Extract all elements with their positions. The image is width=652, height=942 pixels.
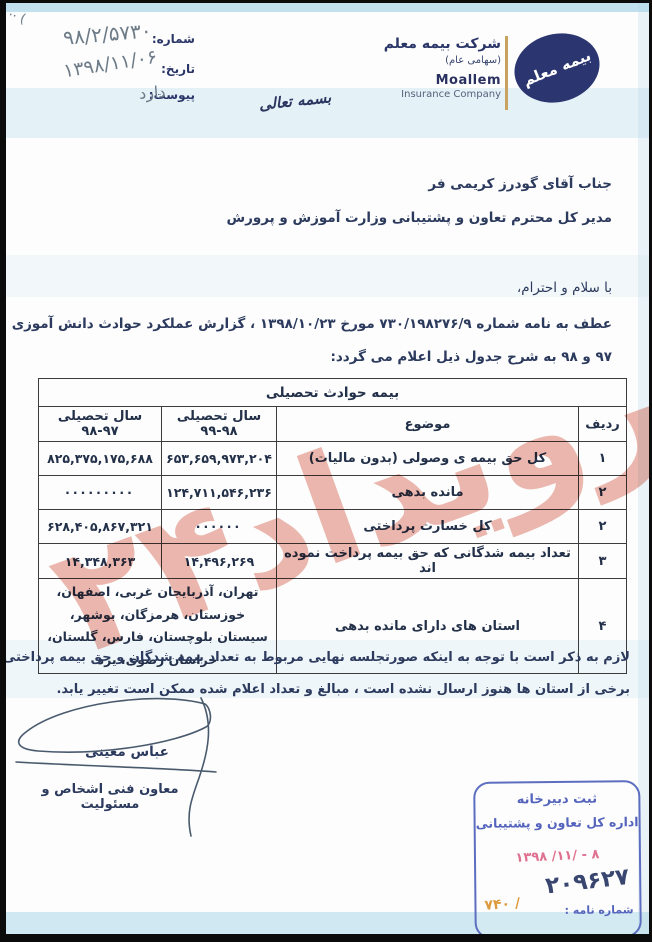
- handwritten-letter-number: ۹۸/۲/۵۷۳۰: [62, 18, 152, 50]
- letter-number-label: شماره:: [152, 32, 195, 46]
- body-paragraph-line2: ۹۷ و ۹۸ به شرح جدول ذیل اعلام می گردد:: [330, 349, 612, 365]
- cell-year-97-98: ۶۲۸,۴۰۵,۸۶۷,۳۲۱: [39, 510, 162, 544]
- scan-edge: [0, 0, 652, 3]
- header-row-no: ردیف: [579, 407, 627, 442]
- company-logo: بیمه معلم: [507, 25, 607, 112]
- company-type-fa: (سهامی عام): [384, 55, 501, 68]
- table-row: ۱ کل حق بیمه ی وصولی (بدون مالیات) ۶۵۳,۶…: [39, 442, 627, 476]
- header-year-97-98: سال تحصیلی ۹۷-۹۸: [39, 407, 162, 442]
- table-title-row: بیمه حوادث تحصیلی: [39, 379, 627, 407]
- recipient-name: جناب آقای گودرز کریمی فر: [428, 176, 612, 192]
- company-name-block: شرکت بیمه معلم (سهامی عام) Moallem Insur…: [384, 36, 501, 102]
- cell-row-no: ۳: [579, 544, 627, 579]
- registration-stamp: ثبت دبیرخانه اداره کل تعاون و پشتیبانی ۱…: [473, 780, 642, 939]
- cell-year-98-99: ۶۵۳,۶۵۹,۹۷۳,۲۰۴: [162, 442, 277, 476]
- logo-divider-bar: [505, 36, 508, 110]
- cell-year-97-98: ۸۲۵,۳۷۵,۱۷۵,۶۸۸: [39, 442, 162, 476]
- letter-date-label: تاریخ:: [161, 62, 195, 76]
- scan-tint-band: [0, 3, 652, 12]
- stamp-handwritten-number: ۲۰۹۶۲۷: [544, 864, 631, 900]
- table-row: ۲ کل خسارت پرداختی ······ ۶۲۸,۴۰۵,۸۶۷,۳۲…: [39, 510, 627, 544]
- cell-subject: تعداد بیمه شدگانی که حق بیمه پرداخت نمود…: [277, 544, 579, 579]
- insurance-report-table: بیمه حوادث تحصیلی ردیف موضوع سال تحصیلی …: [38, 378, 627, 674]
- handwritten-attachment-value: دارد: [138, 82, 166, 103]
- stamp-number-label: شماره نامه :: [565, 903, 634, 917]
- cell-year-97-98: ۱۴,۳۴۸,۳۶۳: [39, 544, 162, 579]
- logo-calligraphy-text: بیمه معلم: [520, 46, 593, 90]
- cell-year-98-99: ۱۲۴,۷۱۱,۵۴۶,۲۳۶: [162, 476, 277, 510]
- signature-scribble: [4, 694, 234, 844]
- table-row: ۳ تعداد بیمه شدگانی که حق بیمه پرداخت نم…: [39, 544, 627, 579]
- cell-year-98-99: ۱۴,۴۹۶,۲۶۹: [162, 544, 277, 579]
- recipient-title: مدیر کل محترم تعاون و پشتیبانی وزارت آمو…: [226, 210, 612, 226]
- cell-subject: کل حق بیمه ی وصولی (بدون مالیات): [277, 442, 579, 476]
- stamp-secondary-number: ۷۴۰ /: [484, 895, 521, 913]
- company-name-fa: شرکت بیمه معلم: [384, 36, 501, 54]
- header-year-98-99: سال تحصیلی ۹۸-۹۹: [162, 407, 277, 442]
- besmele-calligraphy: بسمه تعالی: [234, 86, 355, 116]
- table-row: ۲ مانده بدهی ۱۲۴,۷۱۱,۵۴۶,۲۳۶ ·········: [39, 476, 627, 510]
- closing-note-line1: لازم به ذکر است با توجه به اینکه صورتجلس…: [0, 650, 630, 665]
- header-subject: موضوع: [277, 407, 579, 442]
- company-name-en: Moallem: [384, 73, 501, 89]
- cell-subject: مانده بدهی: [277, 476, 579, 510]
- handwritten-letter-date: ۱۳۹۸/۱۱/۰۶: [61, 46, 158, 83]
- stamp-title: ثبت دبیرخانه: [475, 791, 638, 808]
- cell-year-97-98: ·········: [39, 476, 162, 510]
- cell-subject: کل خسارت پرداختی: [277, 510, 579, 544]
- table-title: بیمه حوادث تحصیلی: [39, 379, 627, 407]
- scanned-letter-page: ) ·· شماره: تاریخ: پیوست: ۹۸/۲/۵۷۳۰ ۱۳۹۸…: [0, 0, 652, 942]
- cell-row-no: ۲: [579, 476, 627, 510]
- scan-edge: [0, 0, 6, 942]
- body-paragraph-line1: عطف به نامه شماره ۷۳۰/۱۹۸۲۷۶/۹ مورخ ۱۳۹۸…: [0, 316, 612, 332]
- company-subtitle-en: Insurance Company: [384, 89, 501, 102]
- cell-row-no: ۲: [579, 510, 627, 544]
- cell-year-98-99: ······: [162, 510, 277, 544]
- pencil-corner-mark: ) ··: [6, 8, 27, 28]
- cell-row-no: ۱: [579, 442, 627, 476]
- scan-edge: [0, 934, 652, 942]
- table-header-row: ردیف موضوع سال تحصیلی ۹۸-۹۹ سال تحصیلی ۹…: [39, 407, 627, 442]
- salutation: با سلام و احترام،: [517, 280, 612, 296]
- stamp-office: اداره کل تعاون و پشتیبانی: [476, 814, 639, 831]
